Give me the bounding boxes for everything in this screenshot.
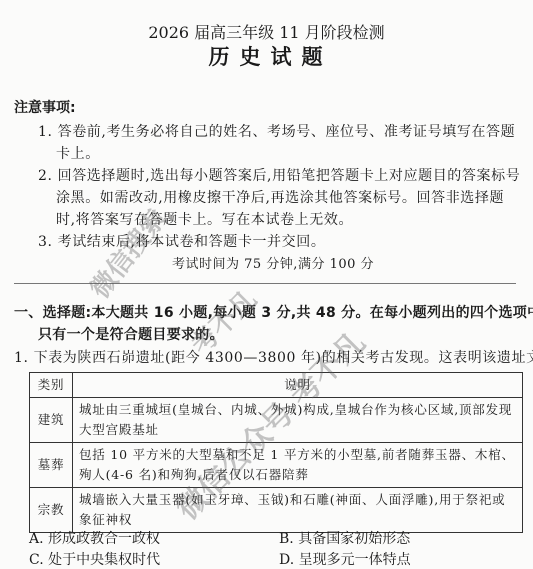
table-cell-description: 城址由三重城垣(皇城台、内城、外城)构成,皇城台作为核心区域,顶部发现大型宫殿基… [73,398,523,443]
section-divider [14,283,516,284]
table-header-description: 说明 [73,373,523,398]
option-c[interactable]: C. 处于中央集权时代 [29,549,160,569]
table-header-category: 类别 [30,373,73,398]
exam-name: 2026 届高三年级 11 月阶段检测 [0,20,533,43]
notice-item-2-line-3: 时,将答案写在答题卡上。写在本试卷上无效。 [56,209,353,229]
section1-heading-line-2: 只有一个是符合题目要求的。 [38,324,224,344]
table-cell-description: 城墙嵌入大量玉器(如玉牙璋、玉钺)和石雕(神面、人面浮雕),用于祭祀或象征神权 [73,488,523,533]
table-cell-description: 包括 10 平方米的大型墓和不足 1 平方米的小型墓,前者随葬玉器、木棺、殉人(… [73,443,523,488]
notice-item-1-line-1: 1. 答卷前,考生务必将自己的姓名、考场号、座位号、准考证号填写在答题 [38,121,515,141]
notice-item-2-line-1: 2. 回答选择题时,选出每小题答案后,用铅笔把答题卡上对应题目的答案标号 [38,165,520,185]
option-b[interactable]: B. 具备国家初始形态 [279,528,410,548]
table-row: 建筑 城址由三重城垣(皇城台、内城、外城)构成,皇城台作为核心区域,顶部发现大型… [30,398,523,443]
option-d[interactable]: D. 呈现多元一体特点 [279,549,411,569]
table-row: 墓葬 包括 10 平方米的大型墓和不足 1 平方米的小型墓,前者随葬玉器、木棺、… [30,443,523,488]
archaeology-table: 类别 说明 建筑 城址由三重城垣(皇城台、内城、外城)构成,皇城台作为核心区域,… [29,372,523,533]
notice-item-3-line-1: 3. 考试结束后,将本试卷和答题卡一并交回。 [38,231,325,251]
subject-title: 历史试题 [0,41,533,71]
table-cell-category: 宗教 [30,488,73,533]
section1-heading-line-1: 一、选择题:本大题共 16 小题,每小题 3 分,共 48 分。在每小题列出的四… [14,302,533,322]
notice-item-2-line-2: 涂黑。如需改动,用橡皮擦干净后,再选涂其他答案标号。回答非选择题 [56,187,504,207]
table-row: 宗教 城墙嵌入大量玉器(如玉牙璋、玉钺)和石雕(神面、人面浮雕),用于祭祀或象征… [30,488,523,533]
option-a[interactable]: A. 形成政教合一政权 [29,528,160,548]
table-header-row: 类别 说明 [30,373,523,398]
exam-time-info: 考试时间为 75 分钟,满分 100 分 [172,253,374,272]
notice-item-1-line-2: 卡上。 [56,143,100,163]
table-cell-category: 建筑 [30,398,73,443]
question1-stem: 1. 下表为陕西石峁遗址(距今 4300—3800 年)的相关考古发现。这表明该… [14,347,533,367]
notice-heading: 注意事项: [14,97,76,117]
table-cell-category: 墓葬 [30,443,73,488]
